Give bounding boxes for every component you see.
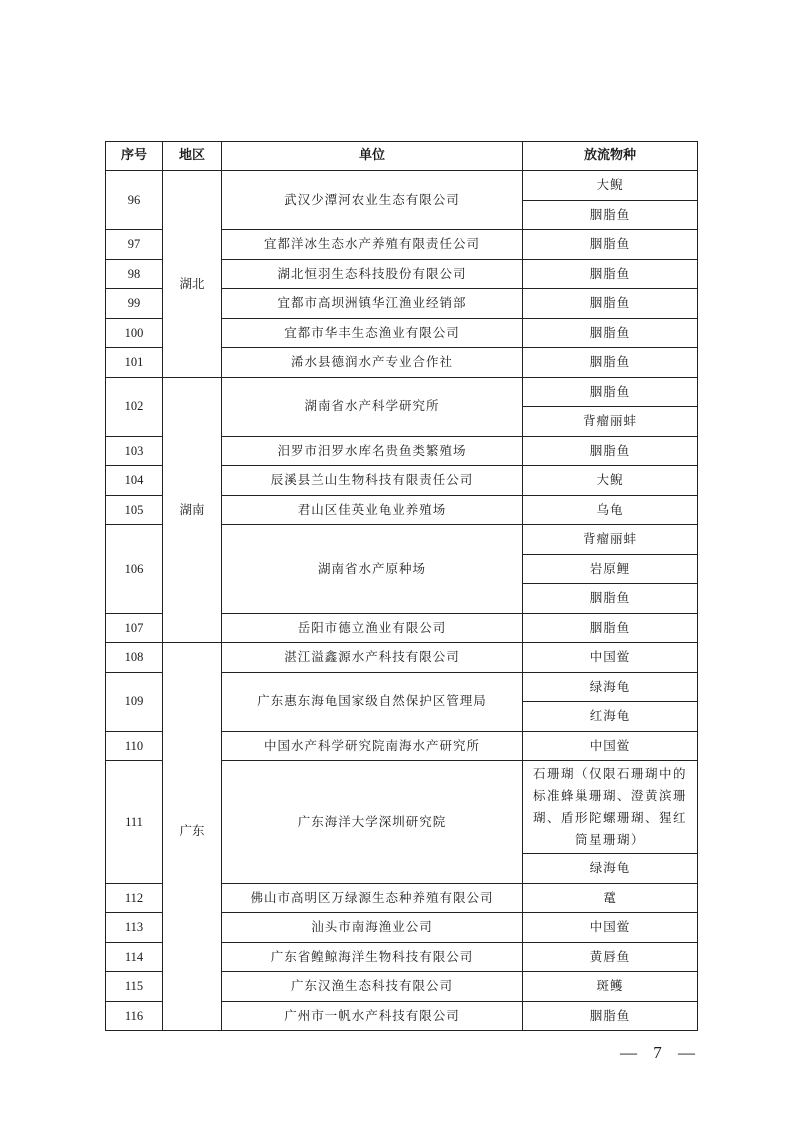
row-species: 绿海龟 bbox=[523, 672, 698, 702]
row-no: 111 bbox=[106, 761, 163, 884]
region-label: 湖南 bbox=[179, 502, 204, 517]
row-no: 103 bbox=[106, 436, 163, 466]
row-no: 107 bbox=[106, 613, 163, 643]
release-species-table: 序号 地区 单位 放流物种 96 湖北 武汉少潭河农业生态有限公司 大鲵 胭脂鱼… bbox=[105, 141, 698, 1031]
row-species: 中国鲎 bbox=[523, 913, 698, 943]
row-unit: 辰溪县兰山生物科技有限责任公司 bbox=[222, 466, 523, 496]
page-number: — 7 — bbox=[620, 1043, 701, 1063]
row-unit: 汕头市南海渔业公司 bbox=[222, 913, 523, 943]
row-no: 105 bbox=[106, 495, 163, 525]
row-species: 胭脂鱼 bbox=[523, 348, 698, 378]
row-species: 背瘤丽蚌 bbox=[523, 525, 698, 555]
row-species: 胭脂鱼 bbox=[523, 230, 698, 260]
row-species: 黄唇鱼 bbox=[523, 942, 698, 972]
row-unit: 广州市一帆水产科技有限公司 bbox=[222, 1001, 523, 1031]
row-species: 斑鳠 bbox=[523, 972, 698, 1002]
row-unit: 湖南省水产原种场 bbox=[222, 525, 523, 614]
row-species: 胭脂鱼 bbox=[523, 377, 698, 407]
row-no: 113 bbox=[106, 913, 163, 943]
row-unit: 湛江溢鑫源水产科技有限公司 bbox=[222, 643, 523, 673]
row-unit: 中国水产科学研究院南海水产研究所 bbox=[222, 731, 523, 761]
row-species: 胭脂鱼 bbox=[523, 613, 698, 643]
table-header-row: 序号 地区 单位 放流物种 bbox=[106, 142, 698, 171]
row-unit: 岳阳市德立渔业有限公司 bbox=[222, 613, 523, 643]
row-unit: 广东汉渔生态科技有限公司 bbox=[222, 972, 523, 1002]
row-species: 中国鲎 bbox=[523, 731, 698, 761]
row-unit: 广东海洋大学深圳研究院 bbox=[222, 761, 523, 884]
row-no: 100 bbox=[106, 318, 163, 348]
row-species: 胭脂鱼 bbox=[523, 289, 698, 319]
document-page: 序号 地区 单位 放流物种 96 湖北 武汉少潭河农业生态有限公司 大鲵 胭脂鱼… bbox=[0, 0, 794, 1123]
row-species: 中国鲎 bbox=[523, 643, 698, 673]
row-unit: 广东省鳇鲸海洋生物科技有限公司 bbox=[222, 942, 523, 972]
row-no: 99 bbox=[106, 289, 163, 319]
row-species: 石珊瑚（仅限石珊瑚中的标准蜂巢珊瑚、澄黄滨珊瑚、盾形陀螺珊瑚、猩红筒星珊瑚） bbox=[523, 761, 698, 854]
row-unit: 宜都市华丰生态渔业有限公司 bbox=[222, 318, 523, 348]
row-no: 114 bbox=[106, 942, 163, 972]
row-species: 胭脂鱼 bbox=[523, 436, 698, 466]
row-unit: 浠水县德润水产专业合作社 bbox=[222, 348, 523, 378]
region-cell-hubei: 湖北 bbox=[163, 171, 222, 378]
row-no: 104 bbox=[106, 466, 163, 496]
row-no: 116 bbox=[106, 1001, 163, 1031]
row-species: 岩原鲤 bbox=[523, 554, 698, 584]
row-species: 红海龟 bbox=[523, 702, 698, 732]
row-unit: 佛山市高明区万绿源生态种养殖有限公司 bbox=[222, 883, 523, 913]
row-no: 109 bbox=[106, 672, 163, 731]
header-unit: 单位 bbox=[222, 142, 523, 171]
row-unit: 君山区佳英业龟业养殖场 bbox=[222, 495, 523, 525]
row-species: 胭脂鱼 bbox=[523, 259, 698, 289]
row-no: 98 bbox=[106, 259, 163, 289]
row-unit: 湖北恒羽生态科技股份有限公司 bbox=[222, 259, 523, 289]
row-species: 背瘤丽蚌 bbox=[523, 407, 698, 437]
row-no: 108 bbox=[106, 643, 163, 673]
row-no: 106 bbox=[106, 525, 163, 614]
region-label: 湖北 bbox=[179, 276, 204, 291]
row-species: 胭脂鱼 bbox=[523, 318, 698, 348]
row-unit: 武汉少潭河农业生态有限公司 bbox=[222, 171, 523, 230]
table-row: 96 湖北 武汉少潭河农业生态有限公司 大鲵 bbox=[106, 171, 698, 201]
row-no: 101 bbox=[106, 348, 163, 378]
row-unit: 宜都市高坝洲镇华江渔业经销部 bbox=[222, 289, 523, 319]
row-unit: 广东惠东海龟国家级自然保护区管理局 bbox=[222, 672, 523, 731]
region-label: 广东 bbox=[179, 823, 204, 838]
row-species: 胭脂鱼 bbox=[523, 584, 698, 614]
table-row: 108 广东 湛江溢鑫源水产科技有限公司 中国鲎 bbox=[106, 643, 698, 673]
row-unit: 宜都洋冰生态水产养殖有限责任公司 bbox=[222, 230, 523, 260]
row-species: 胭脂鱼 bbox=[523, 200, 698, 230]
header-species: 放流物种 bbox=[523, 142, 698, 171]
row-no: 97 bbox=[106, 230, 163, 260]
row-species: 大鲵 bbox=[523, 466, 698, 496]
region-cell-guangdong: 广东 bbox=[163, 643, 222, 1031]
row-no: 115 bbox=[106, 972, 163, 1002]
row-no: 112 bbox=[106, 883, 163, 913]
row-unit: 湖南省水产科学研究所 bbox=[222, 377, 523, 436]
table-row: 102 湖南 湖南省水产科学研究所 胭脂鱼 bbox=[106, 377, 698, 407]
header-region: 地区 bbox=[163, 142, 222, 171]
region-cell-hunan: 湖南 bbox=[163, 377, 222, 643]
row-unit: 汨罗市汨罗水库名贵鱼类繁殖场 bbox=[222, 436, 523, 466]
header-no: 序号 bbox=[106, 142, 163, 171]
row-no: 96 bbox=[106, 171, 163, 230]
row-species: 绿海龟 bbox=[523, 854, 698, 884]
row-species: 鼋 bbox=[523, 883, 698, 913]
row-species: 胭脂鱼 bbox=[523, 1001, 698, 1031]
row-species: 大鲵 bbox=[523, 171, 698, 201]
row-species: 乌龟 bbox=[523, 495, 698, 525]
row-no: 102 bbox=[106, 377, 163, 436]
row-no: 110 bbox=[106, 731, 163, 761]
